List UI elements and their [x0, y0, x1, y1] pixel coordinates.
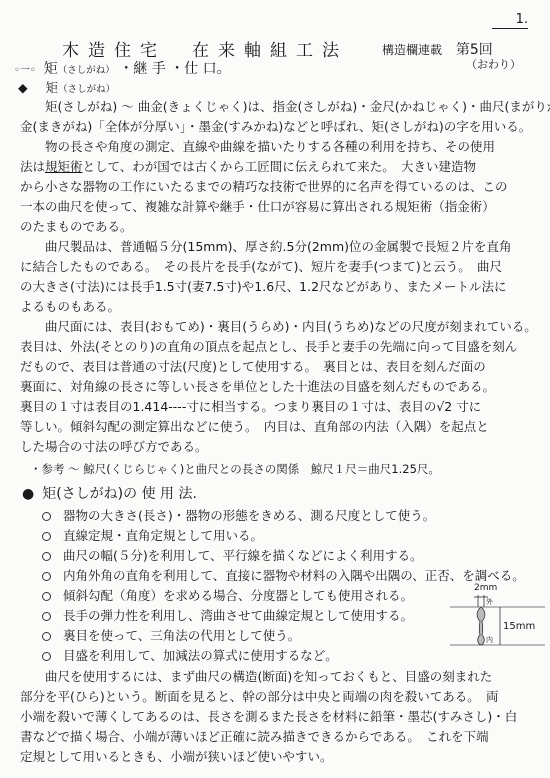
diamond-bullet-icon: ◆ [18, 80, 28, 95]
usage-item: 長手の弾力性を利用し、湾曲させて曲線定規として使用する。 [42, 607, 413, 625]
usage-item: 裏目を使って、三角法の代用として使う。 [42, 627, 300, 645]
circle-bullet-icon [42, 592, 51, 601]
body-line: した場合の寸法の呼び方である。 [20, 438, 208, 456]
underlined-term: 規矩術 [45, 159, 83, 174]
usage-item: 直線定規・直角定規として用いる。 [42, 527, 263, 545]
body-line: 法は規矩術として、わが国では古くから工匠間に伝えられて来た。 大きい建造物 [20, 158, 476, 176]
series-label: 構造欄連載 [382, 43, 442, 57]
usage-item: 器物の大きさ(長さ)・器物の形態をきめる、測る尺度として使う。 [42, 507, 435, 525]
body-line: 部分を平(ひら)という。断面を見ると、幹の部分は中央と両端の肉を殺いてある。 両 [20, 688, 499, 706]
usage-item: 目盛を利用して、加減法の算式に使用するなど。 [42, 647, 338, 665]
body-line: から小さな器物の工作にいたるまでの精巧な技術で世界的に名声を得ているのは、この [20, 178, 508, 196]
body-line: 書などで描く場合、小端が薄いほど正確に読み描きできるからである。 これを下端 [20, 728, 489, 746]
body-line: 一本の曲尺を使って、複雑な計算や継手・仕口が容易に算出される規矩術（指金術） [20, 198, 495, 216]
body-line: 曲尺面には、表目(おもてめ)・裏目(うらめ)・内目(うちめ)などの尺度が刻まれて… [20, 318, 537, 336]
body-line: 定規として用いるときも、小端が狭いほど使いやすい。 [20, 748, 333, 766]
document-page: 1. 木造住宅 在来軸組工法 構造欄連載 第5回 （おわり） ◦一◦矩（さしがね… [0, 0, 550, 778]
sashigane-cross-section-diagram: 2mm 外 15mm 内 [450, 585, 550, 685]
body-line: よるものもある。 [20, 298, 120, 316]
outer-label: 外 [486, 597, 493, 607]
usage-item: 曲尺の幅(５分)を利用して、平行線を描くなどによく利用する。 [42, 547, 423, 565]
series-end-note: （おわり） [466, 56, 521, 72]
usage-item: 内角外角の直角を利用して、直接に器物や材料の入隅や出隅の、正否、を調べる。 [42, 567, 525, 585]
body-line: に結合したものである。 その長片を長手(ながて)、短片を妻手(つまて)と云う。 … [20, 258, 502, 276]
body-line: 裏目の１寸は表目の1.414----寸に相当する。つまり裏目の１寸は、表目の√2… [20, 398, 481, 416]
round-bullet-icon: ● [22, 486, 34, 502]
document-title: 木造住宅 在来軸組工法 [62, 36, 348, 61]
body-line: 表目は、外法(そとのり)の直角の頂点を起点とし、長手と妻手の先端に向って目盛を刻… [20, 338, 517, 356]
circle-bullet-icon [42, 512, 51, 521]
body-line: だもので、表目は普通の寸法(尺度)として使用する。 裏目とは、表目を刻んだ面の [20, 358, 486, 376]
reference-note: ・参考 〜 鯨尺(くじらじゃく)と曲尺との長さの関係 鯨尺１尺＝曲尺1.25尺。 [30, 460, 440, 478]
cross-section-icon [450, 585, 550, 685]
body-line: 物の長さや角度の測定、直線や曲線を描いたりする各種の利用を持ち、その使用 [20, 138, 495, 156]
circle-bullet-icon [42, 652, 51, 661]
subsection-heading: ◆矩（さしがね） [18, 79, 115, 99]
usage-heading: ●矩(さしがね)の 使 用 法. [22, 485, 197, 503]
body-line: 裏面に、対角線の長さに等しい長さを単位とした十進法の目盛を刻んだものである。 [20, 378, 495, 396]
page-number: 1. [492, 12, 528, 29]
body-line: のたまものである。 [20, 218, 133, 236]
circle-bullet-icon [42, 552, 51, 561]
section-heading: ◦一◦矩（さしがね） ・継 手 ・仕 口。 [14, 60, 231, 80]
circle-bullet-icon [42, 532, 51, 541]
body-line: 矩(さしがね) 〜 曲金(きょくじゃく)は、指金(さしがね)・金尺(かねじゃく)… [20, 98, 550, 116]
width-label: 15mm [503, 621, 535, 632]
section-marker: ◦一◦ [14, 65, 36, 76]
circle-bullet-icon [42, 632, 51, 641]
body-line: 曲尺製品は、普通幅５分(15mm)、厚さ約.5分(2mm)位の金属製で長短２片を… [20, 238, 512, 256]
body-line: 曲尺を使用するには、まず曲尺の構造(断面)を知っておくもと、目盛の刻まれた [20, 668, 492, 686]
body-line: 等しい。傾斜勾配の測定算出などに使う。 内目は、直角部の内法（入隅）を起点と [20, 418, 489, 436]
body-line: 金(まきがね)「全体が分厚い」・墨金(すみかね)などと呼ばれ、矩(さしがね)の字… [20, 118, 531, 136]
thickness-label: 2mm [474, 583, 497, 593]
body-line: の大きさ(寸法)には長手1.5寸(妻7.5寸)や1.6尺、1.2尺などがあり、ま… [20, 278, 507, 296]
circle-bullet-icon [42, 612, 51, 621]
inner-label: 内 [486, 635, 493, 645]
circle-bullet-icon [42, 572, 51, 581]
usage-item: 傾斜勾配（角度）を求める場合、分度器としても使用される。 [42, 587, 413, 605]
body-line: 小端を殺いで薄くしてあるのは、長さを測るまた長さを材料に鉛筆・墨芯(すみさし)・… [20, 708, 517, 726]
